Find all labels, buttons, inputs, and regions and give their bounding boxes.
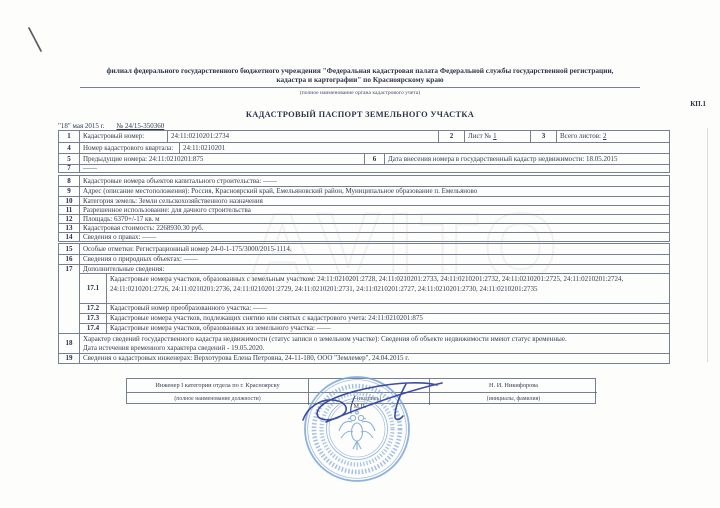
row-number: 18 (59, 334, 79, 353)
row-number: 17.2 (80, 304, 106, 313)
page-title: КАДАСТРОВЫЙ ПАСПОРТ ЗЕМЕЛЬНОГО УЧАСТКА (0, 110, 720, 119)
org-name-caption: (полное наименование органа кадастрового… (80, 90, 640, 96)
table-row-17-3: 17.3 Кадастровые номера участков, подлеж… (80, 313, 669, 323)
row-number: 9 (59, 187, 79, 196)
signature-table: Инженер I категории отдела по г. Красноя… (126, 378, 596, 404)
table-row-12: 12 Площадь: 6370+/-17 кв. м (59, 214, 669, 223)
name-caption: (инициалы, фамилия) (429, 392, 597, 405)
record-status-cell: Характер сведений государственного кадас… (79, 334, 669, 353)
table-row-14: 14 Сведения о правах: —— (59, 232, 669, 241)
transformed-parcel-cell: Кадастровый номер преобразованного участ… (106, 304, 669, 313)
empty-dash-cell: —— (79, 165, 669, 172)
row-number: 17.1 (80, 274, 106, 303)
form-code: КП.1 (640, 100, 706, 108)
total-sheets-cell: Всего листов: 2 (556, 131, 669, 142)
issue-date: "18" мая 2015 г. (58, 122, 105, 130)
document-scan: филиал федерального государственного бюд… (0, 0, 720, 508)
cadastral-value-cell: Кадастровая стоимость: 2268930.30 руб. (79, 224, 669, 232)
row-number: 8 (59, 176, 79, 186)
additional-info-cell: Дополнительные сведения: (79, 265, 669, 273)
table-row-13: 13 Кадастровая стоимость: 2268930.30 руб… (59, 223, 669, 232)
row-number: 17.4 (80, 324, 106, 333)
row-number: 15 (59, 244, 79, 254)
land-category-cell: Категория земель: Земли сельскохозяйстве… (79, 197, 669, 205)
entry-date-cell: Дата внесения номера в государственный к… (384, 154, 669, 164)
permitted-use-cell: Разрешенное использование: для дачного с… (79, 206, 669, 214)
special-notes-cell: Особые отметки: Регистрационный номер 24… (79, 244, 669, 254)
table-row-16: 16 Сведения о природных объектах: —— (59, 254, 669, 264)
cadastral-engineers-cell: Сведения о кадастровых инженерах: Верхот… (79, 354, 669, 363)
row-number: 10 (59, 197, 79, 205)
row-number: 19 (59, 354, 79, 363)
previous-numbers-cell: Предыдущие номера: 24:11:0210201:875 (79, 154, 364, 164)
stamp-place-mark: М.П. (345, 404, 375, 410)
table-block-bottom: 15 Особые отметки: Регистрационный номер… (58, 243, 670, 364)
row-number: 17 (59, 265, 79, 273)
cell-label: Кадастровый номер: (79, 131, 167, 142)
table-block-middle: 8 Кадастровые номера объектов капитально… (58, 175, 670, 242)
org-name-line2: кадастра и картографии" по Красноярскому… (80, 75, 640, 84)
row-number: 7 (59, 165, 79, 172)
row-number: 3 (530, 131, 556, 142)
row-number: 2 (438, 131, 464, 142)
org-name-header: филиал федерального государственного бюд… (80, 66, 640, 88)
formed-with-parcels-cell: Кадастровые номера участков, образованны… (106, 274, 669, 303)
row-number: 11 (59, 206, 79, 214)
scan-edge-line (707, 128, 708, 362)
quarter-number-value: 24:11:0210201 (179, 143, 669, 153)
capital-objects-cell: Кадастровые номера объектов капитального… (79, 176, 669, 186)
date-line: "18" мая 2015 г.№ 24/15-350360 (58, 122, 164, 130)
table-row-9: 9 Адрес (описание местоположения): Росси… (59, 186, 669, 196)
table-row-5-6: 5 Предыдущие номера: 24:11:0210201:875 6… (59, 153, 669, 164)
table-row-17: 17 Дополнительные сведения: (59, 264, 669, 273)
address-cell: Адрес (описание местоположения): Россия,… (79, 187, 669, 196)
eagle-emblem-icon (339, 411, 375, 450)
table-row-18: 18 Характер сведений государственного ка… (59, 333, 669, 353)
additional-info-subtable: 17.1 Кадастровые номера участков, образо… (79, 273, 669, 333)
table-row-11: 11 Разрешенное использование: для дачног… (59, 205, 669, 214)
cell-label: Номер кадастрового квартала: (79, 143, 179, 153)
natural-objects-cell: Сведения о природных объектах: —— (79, 255, 669, 264)
signer-name: Н. И. Никифорова (429, 379, 597, 392)
table-row-10: 10 Категория земель: Земли сельскохозяйс… (59, 196, 669, 205)
signer-position: Инженер I категории отдела по г. Красноя… (127, 379, 308, 392)
pen-stroke (29, 28, 41, 51)
position-caption: (полное наименование должности) (127, 392, 308, 405)
row-number: 4 (59, 143, 79, 153)
table-row-8: 8 Кадастровые номера объектов капитально… (59, 176, 669, 186)
table-row-7: 7 —— (59, 164, 669, 172)
signature-cell (308, 379, 429, 392)
row-number: 1 (59, 131, 79, 142)
row-number: 17.3 (80, 314, 106, 323)
cadastral-number-value: 24:11:0210201:2734 (167, 131, 438, 142)
formed-from-parcel-cell: Кадастровые номера участков, образованны… (106, 324, 669, 333)
row-number: 13 (59, 224, 79, 232)
sheet-cell: Лист № 1 (464, 131, 530, 142)
org-name-line1: филиал федерального государственного бюд… (80, 66, 640, 75)
area-cell: Площадь: 6370+/-17 кв. м (79, 215, 669, 223)
table-row-15: 15 Особые отметки: Регистрационный номер… (59, 244, 669, 254)
row-number: 14 (59, 233, 79, 241)
table-block-top: 1 Кадастровый номер: 24:11:0210201:2734 … (58, 130, 670, 173)
document-number: № 24/15-350360 (117, 122, 165, 130)
row-number: 16 (59, 255, 79, 264)
row-number: 6 (364, 154, 384, 164)
row-number: 12 (59, 215, 79, 223)
table-row-1: 1 Кадастровый номер: 24:11:0210201:2734 … (59, 131, 669, 142)
table-row-17-1: 17.1 Кадастровые номера участков, образо… (80, 273, 669, 303)
table-row-19: 19 Сведения о кадастровых инженерах: Вер… (59, 353, 669, 363)
row-number: 5 (59, 154, 79, 164)
table-row-17-4: 17.4 Кадастровые номера участков, образо… (80, 323, 669, 333)
removed-parcels-cell: Кадастровые номера участков, подлежащих … (106, 314, 669, 323)
rights-cell: Сведения о правах: —— (79, 233, 669, 241)
table-row-17-2: 17.2 Кадастровый номер преобразованного … (80, 303, 669, 313)
table-row-4: 4 Номер кадастрового квартала: 24:11:021… (59, 142, 669, 153)
